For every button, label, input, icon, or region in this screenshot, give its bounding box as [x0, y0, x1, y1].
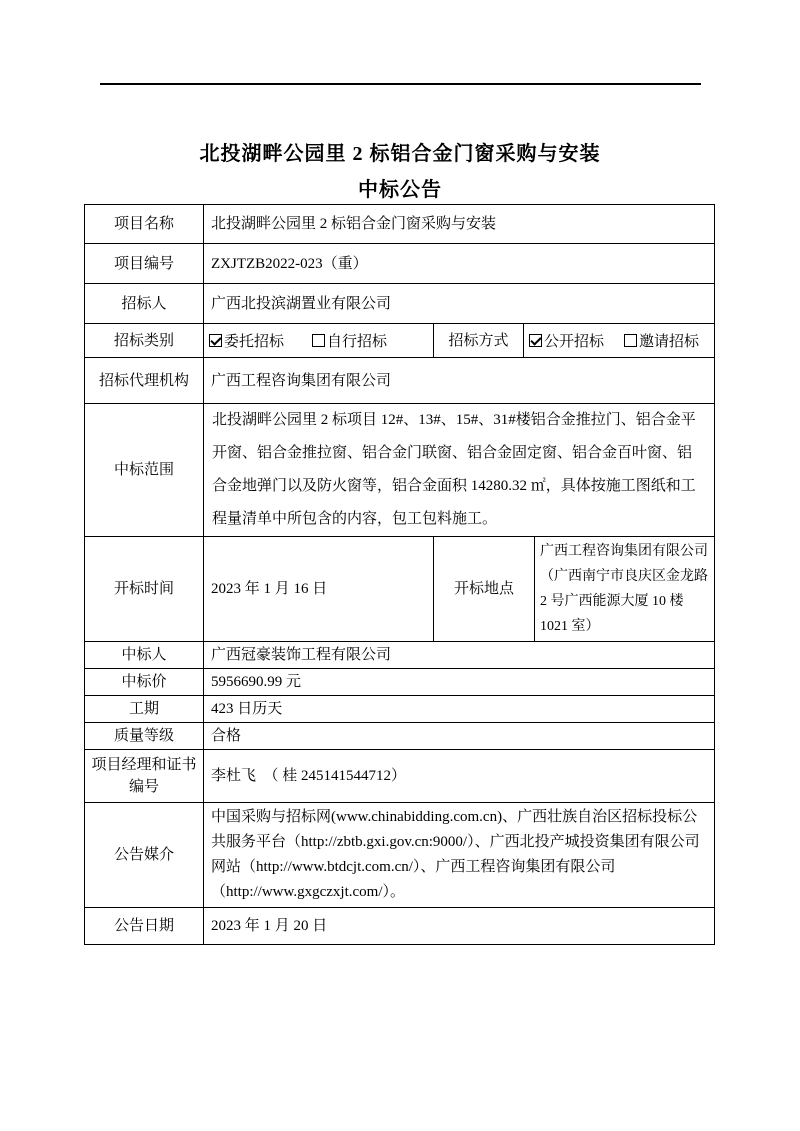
table-row: 质量等级 合格: [85, 723, 715, 750]
tender-category-label: 招标类别: [85, 324, 204, 358]
project-name-label: 项目名称: [85, 205, 204, 244]
project-number-label: 项目编号: [85, 244, 204, 284]
table-row: 中标人 广西冠豪装饰工程有限公司: [85, 642, 715, 669]
announcement-date-label: 公告日期: [85, 908, 204, 945]
option-label: 公开招标: [544, 334, 604, 350]
quality-grade-label: 质量等级: [85, 723, 204, 750]
project-name-value: 北投湖畔公园里 2 标铝合金门窗采购与安装: [204, 205, 715, 244]
option-entrusted-tender: 委托招标: [209, 330, 284, 351]
option-label: 自行招标: [327, 334, 387, 350]
table-row: 公告媒介 中国采购与招标网(www.chinabidding.com.cn)、广…: [85, 803, 715, 908]
document-page: 北投湖畔公园里 2 标铝合金门窗采购与安装 中标公告 项目名称 北投湖畔公园里 …: [0, 0, 800, 1131]
checkbox-checked-icon: [529, 334, 542, 347]
award-scope-value: 北投湖畔公园里 2 标项目 12#、13#、15#、31#楼铝合金推拉门、铝合金…: [204, 404, 715, 537]
option-label: 邀请招标: [639, 334, 699, 350]
project-manager-value: 李杜飞 （ 桂 245141544712）: [204, 750, 715, 803]
announcement-media-label: 公告媒介: [85, 803, 204, 908]
tender-method-options: 公开招标邀请招标: [524, 324, 715, 358]
bid-opening-time-label: 开标时间: [85, 537, 204, 642]
agency-label: 招标代理机构: [85, 358, 204, 404]
announcement-date-value: 2023 年 1 月 20 日: [204, 908, 715, 945]
table-row: 中标价 5956690.99 元: [85, 669, 715, 696]
bid-opening-place-label: 开标地点: [434, 537, 535, 642]
winner-value: 广西冠豪装饰工程有限公司: [204, 642, 715, 669]
document-title-line2: 中标公告: [0, 172, 800, 208]
table-row: 公告日期 2023 年 1 月 20 日: [85, 908, 715, 945]
option-open-tender: 公开招标: [529, 330, 604, 351]
bid-opening-place-value: 广西工程咨询集团有限公司（广西南宁市良庆区金龙路 2 号广西能源大厦 10 楼 …: [535, 537, 715, 642]
award-scope-label: 中标范围: [85, 404, 204, 537]
table-row: 项目编号 ZXJTZB2022-023（重）: [85, 244, 715, 284]
project-manager-label: 项目经理和证书编号: [85, 750, 204, 803]
option-label: 委托招标: [224, 334, 284, 350]
checkbox-checked-icon: [209, 334, 222, 347]
bid-opening-time-value: 2023 年 1 月 16 日: [204, 537, 434, 642]
option-invited-tender: 邀请招标: [624, 330, 699, 351]
announcement-media-value: 中国采购与招标网(www.chinabidding.com.cn)、广西壮族自治…: [204, 803, 715, 908]
agency-value: 广西工程咨询集团有限公司: [204, 358, 715, 404]
duration-value: 423 日历天: [204, 696, 715, 723]
project-number-value: ZXJTZB2022-023（重）: [204, 244, 715, 284]
winner-label: 中标人: [85, 642, 204, 669]
winning-price-value: 5956690.99 元: [204, 669, 715, 696]
table-row: 中标范围 北投湖畔公园里 2 标项目 12#、13#、15#、31#楼铝合金推拉…: [85, 404, 715, 537]
tender-category-options: 委托招标自行招标: [204, 324, 434, 358]
tender-method-label: 招标方式: [434, 324, 524, 358]
checkbox-unchecked-icon: [624, 334, 637, 347]
table-row: 招标人 广西北投滨湖置业有限公司: [85, 284, 715, 324]
tenderee-value: 广西北投滨湖置业有限公司: [204, 284, 715, 324]
duration-label: 工期: [85, 696, 204, 723]
option-self-tender: 自行招标: [312, 330, 387, 351]
tenderee-label: 招标人: [85, 284, 204, 324]
award-announcement-table: 项目名称 北投湖畔公园里 2 标铝合金门窗采购与安装 项目编号 ZXJTZB20…: [84, 204, 715, 945]
table-row: 工期 423 日历天: [85, 696, 715, 723]
document-title: 北投湖畔公园里 2 标铝合金门窗采购与安装 中标公告: [0, 136, 800, 208]
document-title-line1: 北投湖畔公园里 2 标铝合金门窗采购与安装: [0, 136, 800, 172]
checkbox-unchecked-icon: [312, 334, 325, 347]
header-divider-line: [100, 83, 701, 85]
winning-price-label: 中标价: [85, 669, 204, 696]
table-row: 项目名称 北投湖畔公园里 2 标铝合金门窗采购与安装: [85, 205, 715, 244]
table-row: 招标代理机构 广西工程咨询集团有限公司: [85, 358, 715, 404]
table-row: 项目经理和证书编号 李杜飞 （ 桂 245141544712）: [85, 750, 715, 803]
quality-grade-value: 合格: [204, 723, 715, 750]
table-row: 招标类别 委托招标自行招标 招标方式 公开招标邀请招标: [85, 324, 715, 358]
table-row: 开标时间 2023 年 1 月 16 日 开标地点 广西工程咨询集团有限公司（广…: [85, 537, 715, 642]
